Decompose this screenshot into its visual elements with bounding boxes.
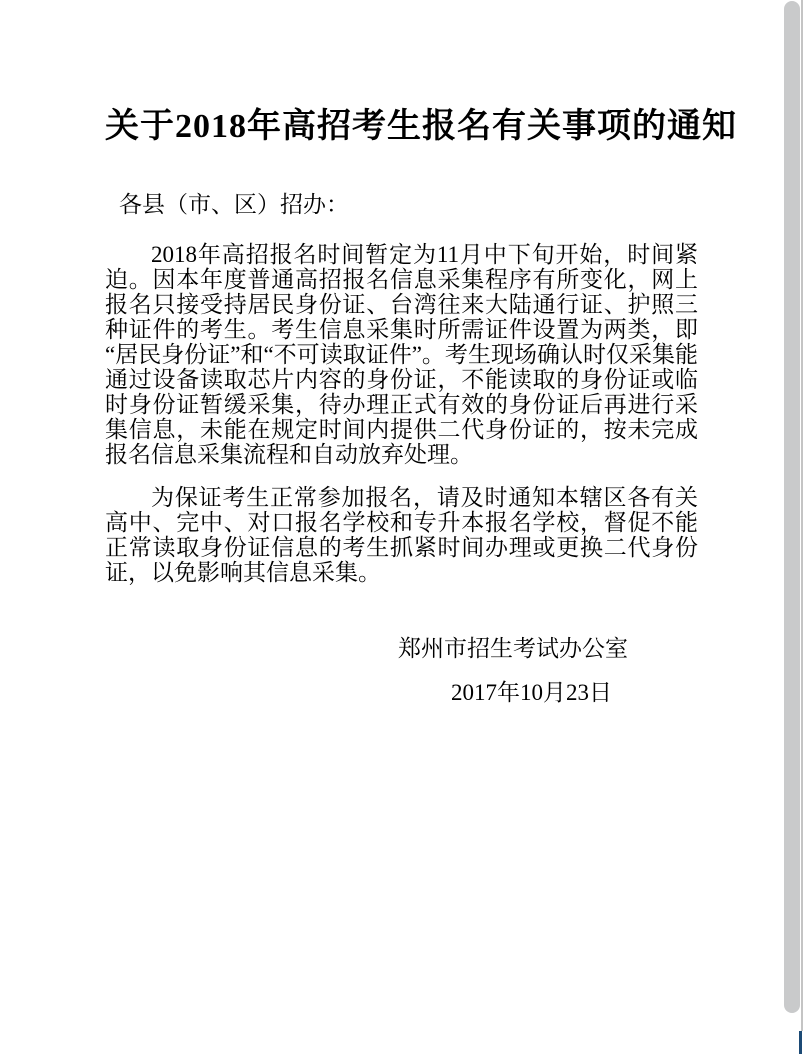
window-edge-accent [799,1031,802,1054]
signature-organization: 郑州市招生考试办公室 [105,636,698,661]
page: { "document": { "title": "关于2018年高招考生报名有… [0,0,805,1054]
scrollbar-thumb[interactable] [784,1,800,1013]
signature-date: 2017年10月23日 [105,680,698,705]
paragraph-1: 2018年高招报名时间暂定为11月中下旬开始，时间紧迫。因本年度普通高招报名信息… [105,242,698,467]
window-edge-line [801,0,803,1031]
paragraph-2: 为保证考生正常参加报名，请及时通知本辖区各有关高中、完中、对口报名学校和专升本报… [105,485,698,585]
notice-title: 关于2018年高招考生报名有关事项的通知 [105,106,698,148]
salutation: 各县（市、区）招办： [105,192,698,217]
notice-document: 关于2018年高招考生报名有关事项的通知 各县（市、区）招办： 2018年高招报… [105,0,698,705]
